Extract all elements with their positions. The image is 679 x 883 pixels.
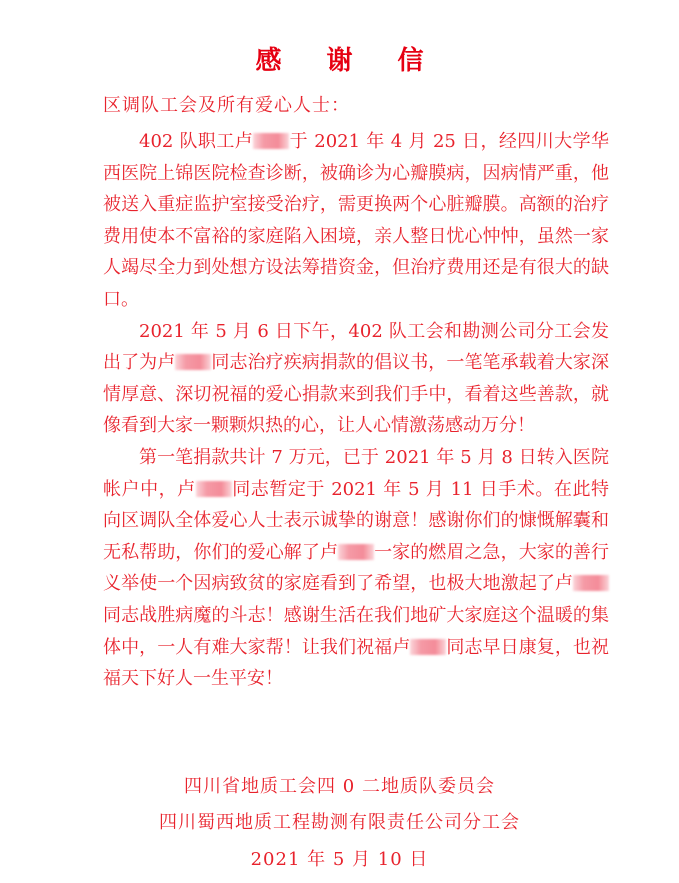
signature-date: 2021 年 5 月 10 日 [0, 845, 679, 871]
paragraph-2: 2021 年 5 月 6 日下午，402 队工会和勘测公司分工会发出了为卢同志治… [103, 316, 609, 442]
redacted-name [410, 639, 446, 655]
redacted-name [253, 133, 289, 149]
paragraph-text: 402 队职工卢 [139, 131, 253, 152]
paragraph-1: 402 队职工卢于 2021 年 4 月 25 日，经四川大学华西医院上锦医院检… [103, 126, 609, 316]
salutation: 区调队工会及所有爱心人士： [103, 91, 350, 117]
signature-org-2: 四川蜀西地质工程勘测有限责任公司分工会 [0, 808, 679, 834]
signature-org-1: 四川省地质工会四 0 二地质队委员会 [0, 772, 679, 798]
paragraph-text: 于 2021 年 4 月 25 日，经四川大学华西医院上锦医院检查诊断，被确诊为… [103, 131, 609, 310]
redacted-name [573, 575, 609, 591]
redacted-name [175, 354, 211, 370]
letter-title: 感 谢 信 [0, 40, 679, 77]
redacted-name [338, 544, 374, 560]
paragraph-3: 第一笔捐款共计 7 万元，已于 2021 年 5 月 8 日转入医院帐户中，卢同… [103, 442, 609, 695]
redacted-name [196, 481, 232, 497]
letter-body: 402 队职工卢于 2021 年 4 月 25 日，经四川大学华西医院上锦医院检… [103, 126, 609, 695]
